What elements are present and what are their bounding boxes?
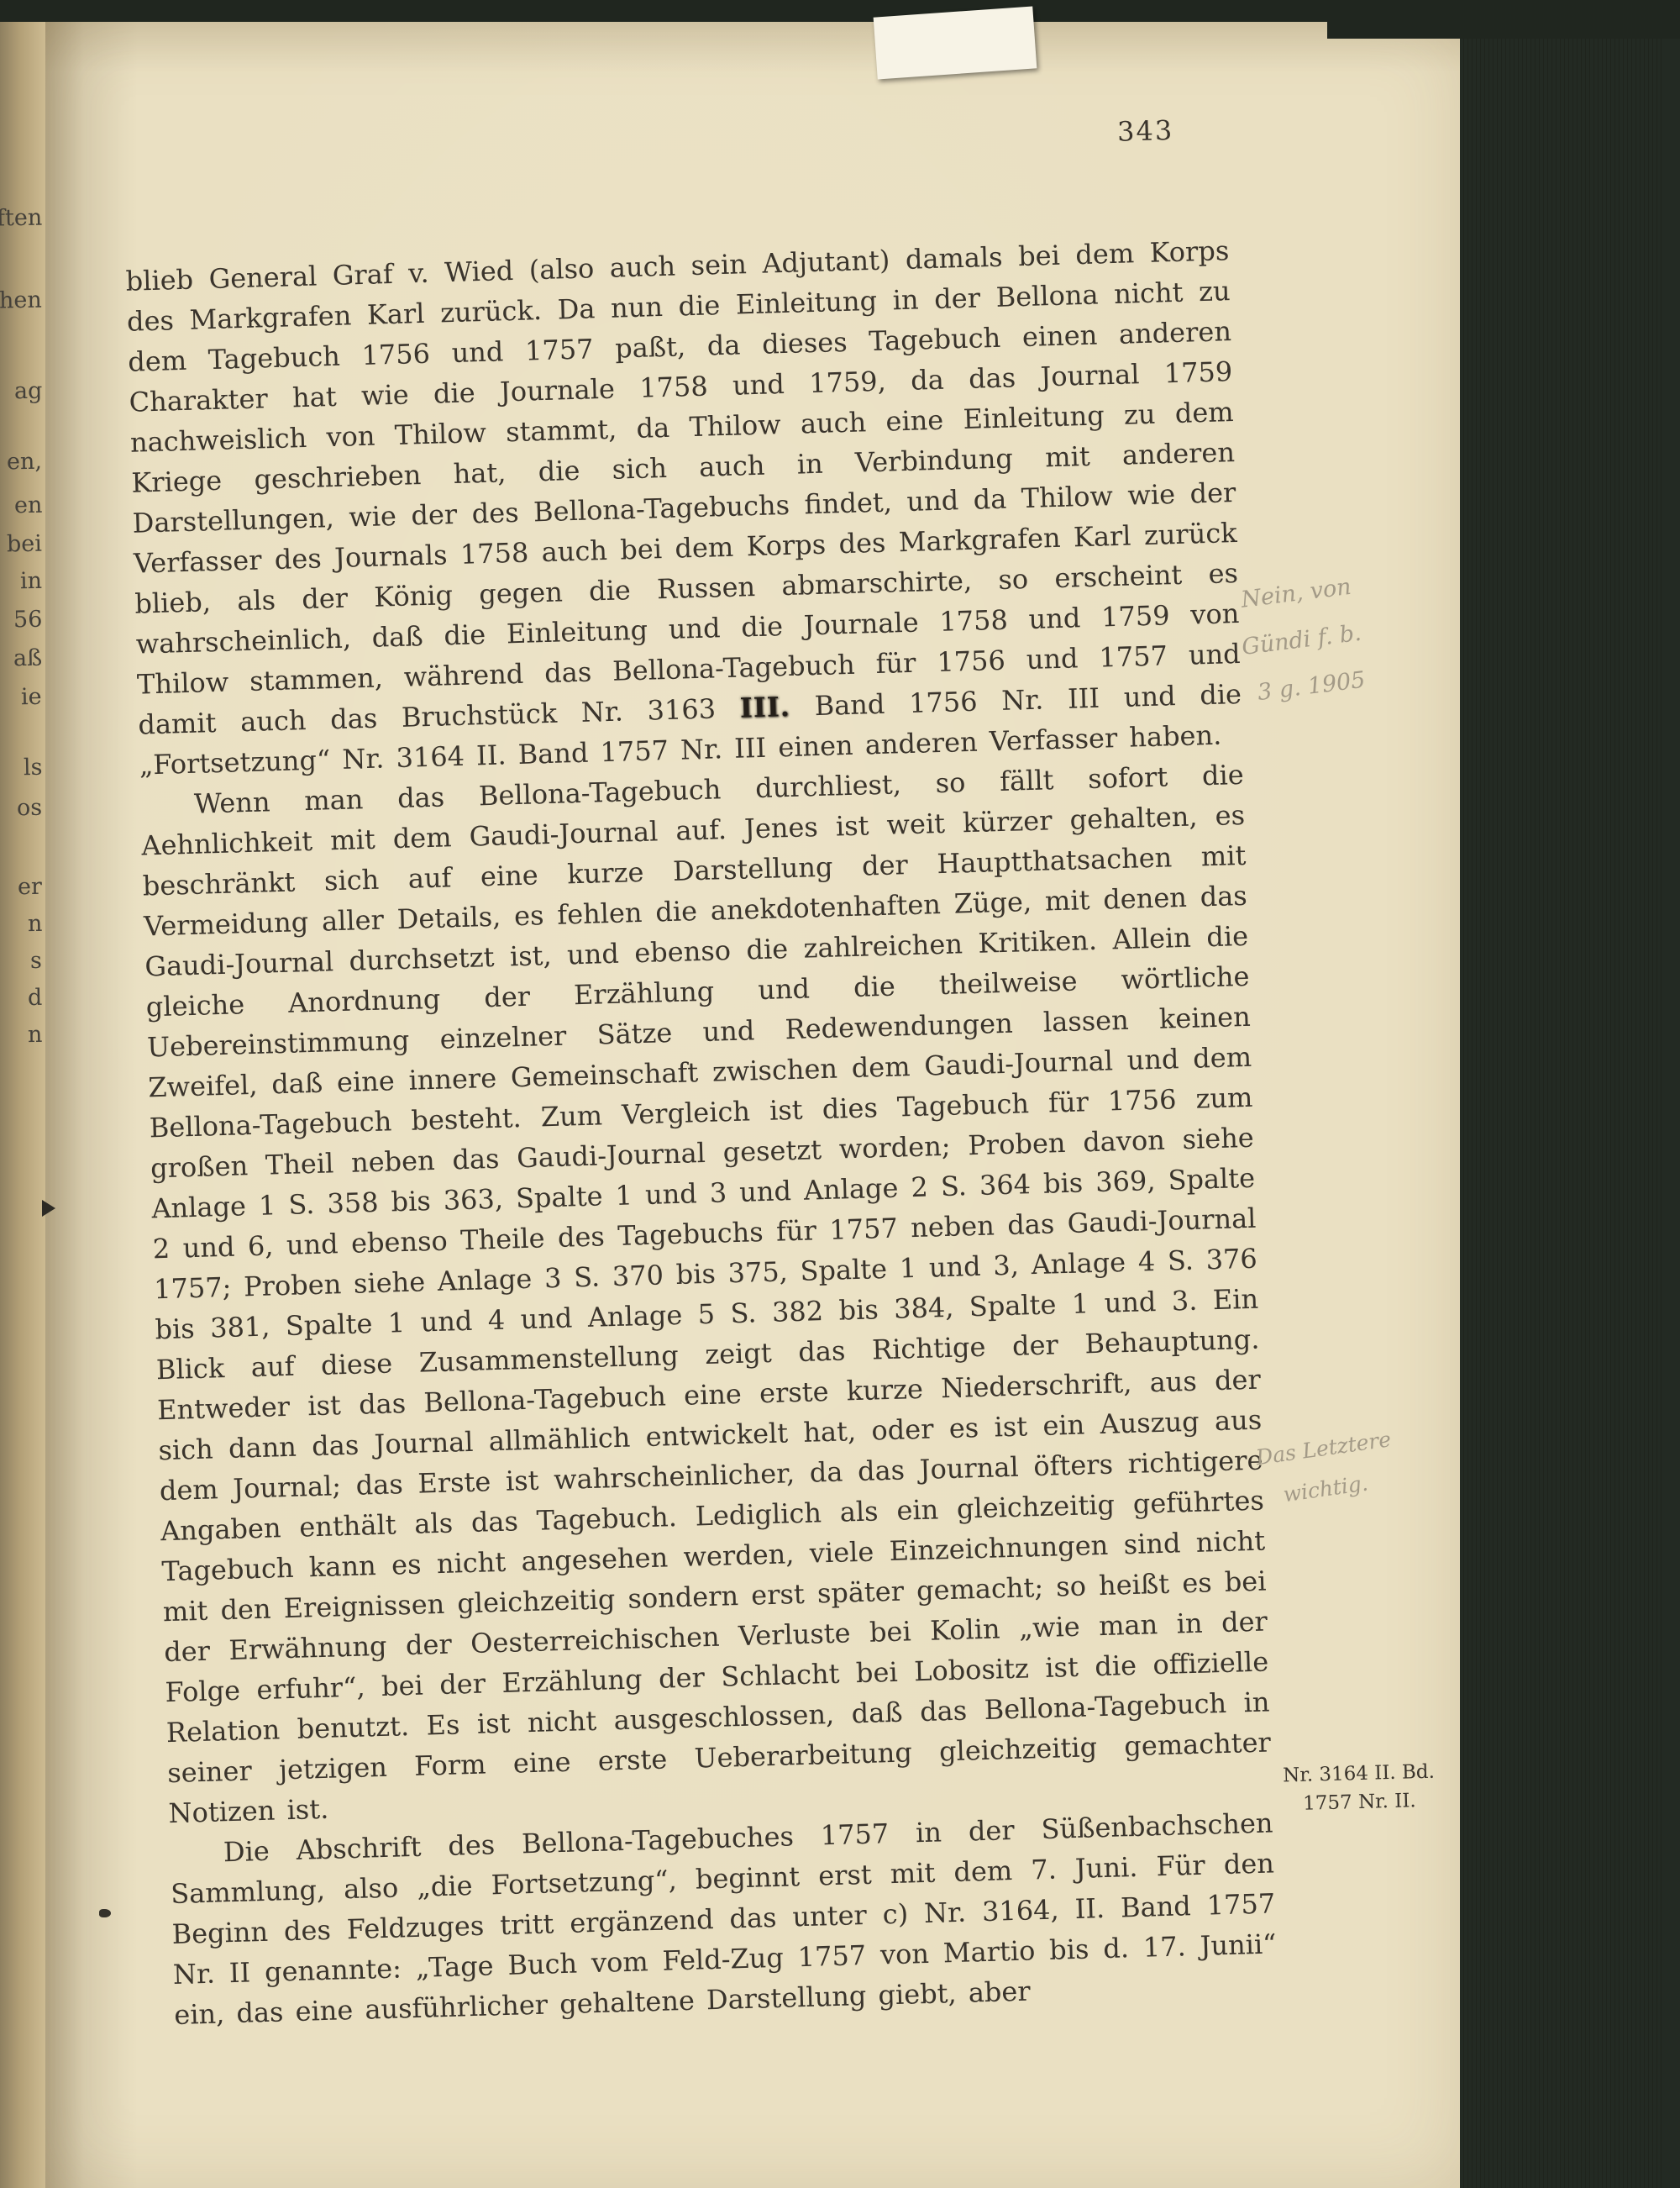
book-gutter: ften hen ag en, en bei in 56 aß ie ls os… [0, 22, 45, 2188]
paragraph-1: blieb General Graf v. Wied (also auch se… [125, 230, 1243, 785]
text-fragment: ag [13, 378, 42, 405]
text-fragment: d [27, 985, 42, 1011]
page-edge-stack [1460, 0, 1680, 2188]
text-fragment: bei [7, 531, 42, 558]
text-fragment: in [20, 568, 43, 594]
gutter-ink-mark [99, 1909, 111, 1917]
paragraph-3: Die Abschrift des Bellona‐Tagebuches 175… [169, 1802, 1278, 2035]
text-fragment: n [27, 911, 42, 937]
text-fragment: en [13, 492, 42, 519]
printed-margin-line: 1757 Nr. II. [1277, 1786, 1442, 1818]
text-fragment: hen [0, 287, 42, 314]
book-scan-photo: ften hen ag en, en bei in 56 aß ie ls os… [0, 0, 1680, 2188]
printed-margin-line: Nr. 3164 II. Bd. [1276, 1757, 1441, 1790]
text-fragment: ls [23, 755, 42, 781]
hand-corrected-numeral: III. [739, 691, 790, 724]
backdrop-top-right [1327, 0, 1680, 39]
text-fragment: en, [7, 449, 42, 476]
handwritten-margin-note-top: Nein, von Gündi f. b. 3 g. 1905 [1238, 563, 1369, 717]
text-fragment: aß [13, 645, 43, 672]
previous-page-text-fragments: ften hen ag en, en bei in 56 aß ie ls os… [0, 22, 45, 2188]
text-block: 343 blieb General Graf v. Wied (also auc… [122, 113, 1278, 2035]
paragraph-2: Wenn man das Bellona‐Tagebuch durchliest… [139, 755, 1272, 1833]
text-fragment: ie [21, 684, 42, 710]
text-fragment: 56 [13, 607, 42, 634]
text-fragment: er [18, 874, 42, 900]
text-fragment: n [27, 1022, 42, 1048]
text-fragment: s [30, 948, 42, 974]
gutter-ink-mark [42, 1200, 55, 1217]
printed-margin-note: Nr. 3164 II. Bd. 1757 Nr. II. [1276, 1757, 1442, 1818]
loose-page-corner [874, 6, 1037, 79]
text-fragment: os [17, 795, 43, 822]
paragraph-1-text: blieb General Graf v. Wied (also auch se… [125, 234, 1241, 740]
text-fragment: ften [0, 205, 42, 232]
